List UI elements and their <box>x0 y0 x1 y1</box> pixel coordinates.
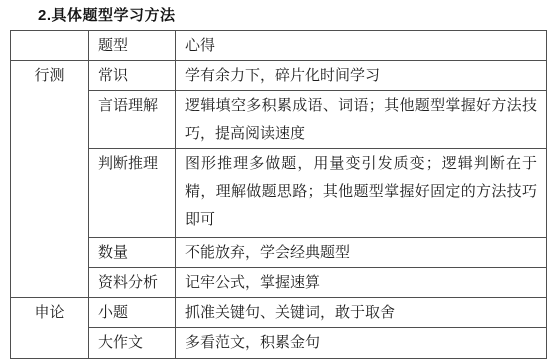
header-type-cell: 题型 <box>89 31 176 61</box>
table-row: 大作文 多看范文，积累金句 <box>11 328 547 359</box>
type-cell: 资料分析 <box>89 268 176 298</box>
table-row: 言语理解 逻辑填空多积累成语、词语；其他题型掌握好方法技巧，提高阅读速度 <box>11 91 547 149</box>
note-cell: 多看范文，积累金句 <box>176 328 547 359</box>
type-cell: 判断推理 <box>89 149 176 238</box>
table-row: 资料分析 记牢公式，掌握速算 <box>11 268 547 298</box>
note-cell: 不能放弃，学会经典题型 <box>176 238 547 268</box>
table-row: 行测 常识 学有余力下，碎片化时间学习 <box>11 61 547 91</box>
table-header-row: 题型 心得 <box>11 31 547 61</box>
note-cell: 逻辑填空多积累成语、词语；其他题型掌握好方法技巧，提高阅读速度 <box>176 91 547 149</box>
study-methods-table: 题型 心得 行测 常识 学有余力下，碎片化时间学习 言语理解 逻辑填空多积累成语… <box>10 30 547 359</box>
document-page: 2.具体题型学习方法 题型 心得 行测 常识 学有余力下，碎片化时间学习 言语理… <box>0 0 554 364</box>
note-cell: 记牢公式，掌握速算 <box>176 268 547 298</box>
section-label-shenlun: 申论 <box>11 298 89 359</box>
type-cell: 大作文 <box>89 328 176 359</box>
type-cell: 小题 <box>89 298 176 328</box>
note-cell: 图形推理多做题，用量变引发质变；逻辑判断在于精，理解做题思路；其他题型掌握好固定… <box>176 149 547 238</box>
type-cell: 数量 <box>89 238 176 268</box>
table-row: 申论 小题 抓准关键句、关键词，敢于取舍 <box>11 298 547 328</box>
section-label-xingce: 行测 <box>11 61 89 298</box>
type-cell: 常识 <box>89 61 176 91</box>
header-note-cell: 心得 <box>176 31 547 61</box>
note-cell: 学有余力下，碎片化时间学习 <box>176 61 547 91</box>
header-group-cell <box>11 31 89 61</box>
table-row: 数量 不能放弃，学会经典题型 <box>11 238 547 268</box>
page-title: 2.具体题型学习方法 <box>38 4 176 25</box>
table-row: 判断推理 图形推理多做题，用量变引发质变；逻辑判断在于精，理解做题思路；其他题型… <box>11 149 547 238</box>
note-cell: 抓准关键句、关键词，敢于取舍 <box>176 298 547 328</box>
type-cell: 言语理解 <box>89 91 176 149</box>
